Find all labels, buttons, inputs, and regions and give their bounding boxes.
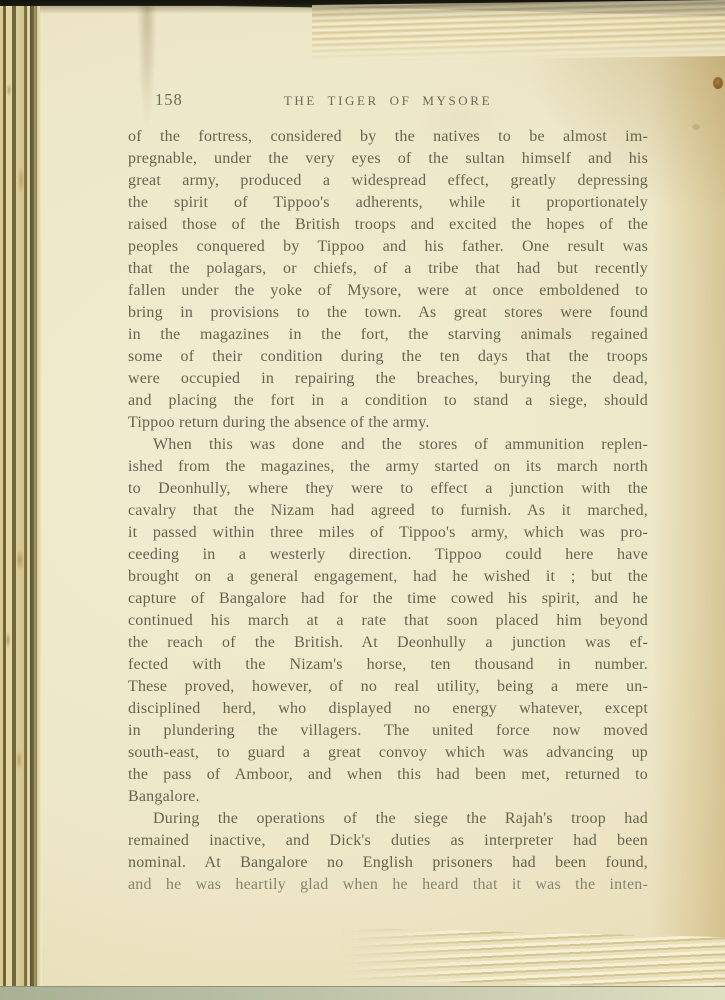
text-line: bring in provisions to the town. As grea… xyxy=(128,302,648,324)
text-line: pregnable, under the very eyes of the su… xyxy=(128,148,648,170)
text-line: of the fortress, considered by the nativ… xyxy=(128,126,648,148)
text-line: remained inactive, and Dick's duties as … xyxy=(128,830,648,852)
body-text: of the fortress, considered by the nativ… xyxy=(128,126,648,896)
left-page-edges xyxy=(0,0,42,1000)
page-stain xyxy=(713,77,723,89)
text-line: nominal. At Bangalore no English prisone… xyxy=(128,852,648,874)
paragraph: of the fortress, considered by the nativ… xyxy=(128,126,648,434)
text-line: Tippoo return during the absence of the … xyxy=(128,412,648,434)
text-line: were occupied in repairing the breaches,… xyxy=(128,368,648,390)
text-line: continued his march at a rate that soon … xyxy=(128,610,648,632)
text-line: fallen under the yoke of Mysore, were at… xyxy=(128,280,648,302)
text-line: and placing the fort in a condition to s… xyxy=(128,390,648,412)
text-line: Bangalore. xyxy=(128,786,648,808)
text-line: some of their condition during the ten d… xyxy=(128,346,648,368)
text-line: south-east, to guard a great convoy whic… xyxy=(128,742,648,764)
page-stain xyxy=(692,124,700,130)
book-page: 158 THE TIGER OF MYSORE of the fortress,… xyxy=(40,0,725,1000)
text-line: These proved, however, of no real utilit… xyxy=(128,676,648,698)
text-line: fected with the Nizam's horse, ten thous… xyxy=(128,654,648,676)
text-line: When this was done and the stores of amm… xyxy=(128,434,648,456)
text-line: to Deonhully, where they were to effect … xyxy=(128,478,648,500)
text-line: capture of Bangalore had for the time co… xyxy=(128,588,648,610)
text-line: ceeding in a westerly direction. Tippoo … xyxy=(128,544,648,566)
text-line: in the magazines in the fort, the starvi… xyxy=(128,324,648,346)
paragraph: During the operations of the siege the R… xyxy=(128,808,648,896)
text-line: disciplined herd, who displayed no energ… xyxy=(128,698,648,720)
text-line: the spirit of Tippoo's adherents, while … xyxy=(128,192,648,214)
page-header: 158 THE TIGER OF MYSORE xyxy=(128,90,648,110)
text-line: that the polagars, or chiefs, of a tribe… xyxy=(128,258,648,280)
running-title: THE TIGER OF MYSORE xyxy=(128,93,648,109)
page-content: 158 THE TIGER OF MYSORE of the fortress,… xyxy=(128,90,648,896)
text-line: great army, produced a widespread effect… xyxy=(128,170,648,192)
text-line: During the operations of the siege the R… xyxy=(128,808,648,830)
text-line: brought on a general engagement, had he … xyxy=(128,566,648,588)
text-line: raised those of the British troops and e… xyxy=(128,214,648,236)
text-line: the reach of the British. At Deonhully a… xyxy=(128,632,648,654)
text-line: peoples conquered by Tippoo and his fath… xyxy=(128,236,648,258)
table-surface xyxy=(0,986,725,1000)
paragraph: When this was done and the stores of amm… xyxy=(128,434,648,808)
text-line: in plundering the villagers. The united … xyxy=(128,720,648,742)
top-page-edges xyxy=(312,0,725,61)
bottom-page-edges xyxy=(340,928,725,989)
text-line: it passed within three miles of Tippoo's… xyxy=(128,522,648,544)
text-line: the pass of Amboor, and when this had be… xyxy=(128,764,648,786)
book-scan: 158 THE TIGER OF MYSORE of the fortress,… xyxy=(0,0,725,1000)
text-line: and he was heartily glad when he heard t… xyxy=(128,874,648,896)
text-line: ished from the magazines, the army start… xyxy=(128,456,648,478)
text-line: cavalry that the Nizam had agreed to fur… xyxy=(128,500,648,522)
